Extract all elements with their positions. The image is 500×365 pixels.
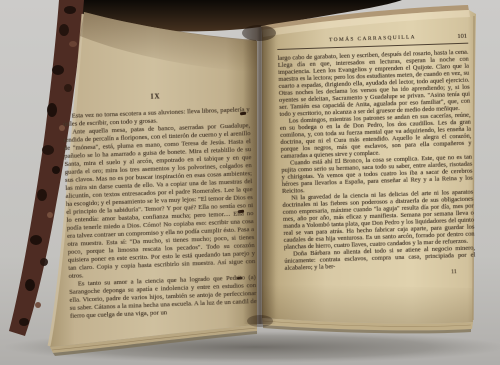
left-paragraph-3: Es tanto su amor a la ciencia que ha log…	[69, 274, 257, 321]
open-book-photo: IX Esta vez no torna escotera a sus aluv…	[0, 0, 500, 365]
right-paragraph-2: Los domingos, mientras los patrones se a…	[280, 112, 472, 160]
right-paragraph-4: Ni la gravedad de la ciencia ni las deli…	[282, 189, 475, 251]
right-page-bottom-shading	[262, 284, 473, 323]
page-number: 101	[457, 32, 467, 39]
gutter-bottom-shadow	[247, 315, 273, 327]
right-page-text-block: TOMÁS CARRASQUILLA 101 largo cabo de gar…	[277, 33, 476, 282]
left-paragraph-2: Ante aquella mesa, patas de banco, aserr…	[63, 122, 255, 281]
right-paragraph-1: largo cabo de garabato, leen y escriben,…	[278, 49, 471, 118]
gutter-top-shadow	[242, 25, 276, 41]
left-page-text-block: IX Esta vez no torna escotera a sus aluv…	[62, 89, 257, 321]
